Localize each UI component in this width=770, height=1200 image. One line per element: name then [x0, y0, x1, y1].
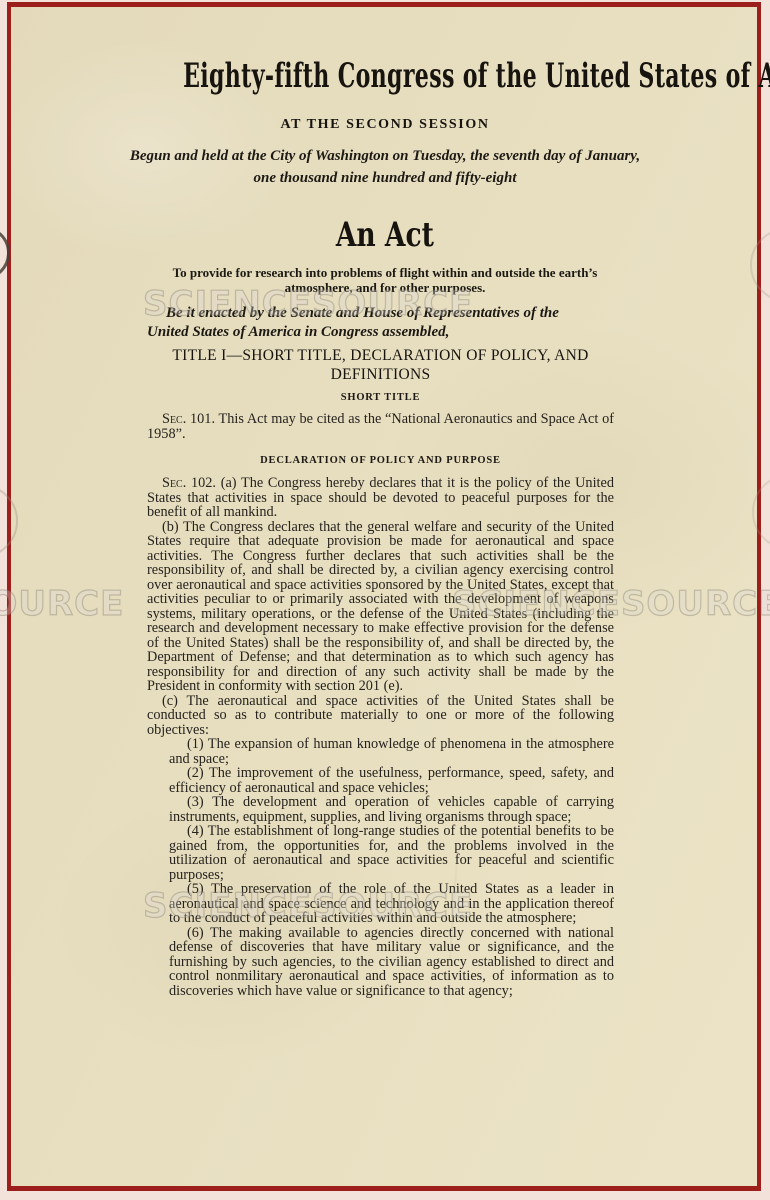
convening-line-1: Begun and held at the City of Washington… [0, 145, 770, 167]
session-heading: AT THE SECOND SESSION [0, 117, 770, 133]
act-purpose: To provide for research into problems of… [0, 265, 770, 295]
act-scan-page: Eighty-fifth Congress of the United Stat… [0, 0, 770, 1200]
objective-5: (5) The preservation of the role of the … [147, 882, 614, 926]
enacting-clause-line-1: Be it enacted by the Senate and House of… [147, 304, 614, 323]
objective-1: (1) The expansion of human knowledge of … [147, 737, 614, 766]
section-102c-paragraph: (c) The aeronautical and space activitie… [147, 694, 614, 738]
an-act-heading: An Act [0, 215, 770, 255]
section-102a-text: (a) The Congress hereby declares that it… [147, 475, 614, 520]
document-content: Eighty-fifth Congress of the United Stat… [0, 0, 770, 1200]
congress-title-text: Eighty-fifth Congress of the United Stat… [183, 56, 770, 96]
section-101-text: This Act may be cited as the “National A… [147, 411, 614, 442]
section-102a-paragraph: Sec. 102. (a) The Congress hereby declar… [147, 476, 614, 520]
section-101-paragraph: Sec. 101. This Act may be cited as the “… [147, 412, 614, 441]
enacting-clause: Be it enacted by the Senate and House of… [147, 304, 614, 341]
objective-2: (2) The improvement of the usefulness, p… [147, 766, 614, 795]
objective-6: (6) The making available to agencies dir… [147, 926, 614, 999]
title-i-heading: TITLE I—SHORT TITLE, DECLARATION OF POLI… [147, 347, 614, 384]
short-title-heading: SHORT TITLE [147, 392, 614, 403]
title-i-heading-line-2: DEFINITIONS [147, 366, 614, 385]
convening-statement: Begun and held at the City of Washington… [0, 145, 770, 189]
an-act-text: An Act [336, 215, 434, 255]
section-101: Sec. 101. This Act may be cited as the “… [147, 412, 614, 441]
act-purpose-line-2: atmosphere, and for other purposes. [0, 280, 770, 295]
convening-line-2: one thousand nine hundred and fifty-eigh… [0, 167, 770, 189]
section-102: Sec. 102. (a) The Congress hereby declar… [147, 476, 614, 998]
section-102b-paragraph: (b) The Congress declares that the gener… [147, 520, 614, 694]
objective-3: (3) The development and operation of veh… [147, 795, 614, 824]
declaration-heading: DECLARATION OF POLICY AND PURPOSE [147, 455, 614, 466]
congress-title: Eighty-fifth Congress of the United Stat… [0, 56, 770, 96]
enacting-clause-line-2: United States of America in Congress ass… [147, 323, 614, 342]
title-i-heading-line-1: TITLE I—SHORT TITLE, DECLARATION OF POLI… [147, 347, 614, 366]
act-purpose-line-1: To provide for research into problems of… [0, 265, 770, 280]
objective-4: (4) The establishment of long-range stud… [147, 824, 614, 882]
